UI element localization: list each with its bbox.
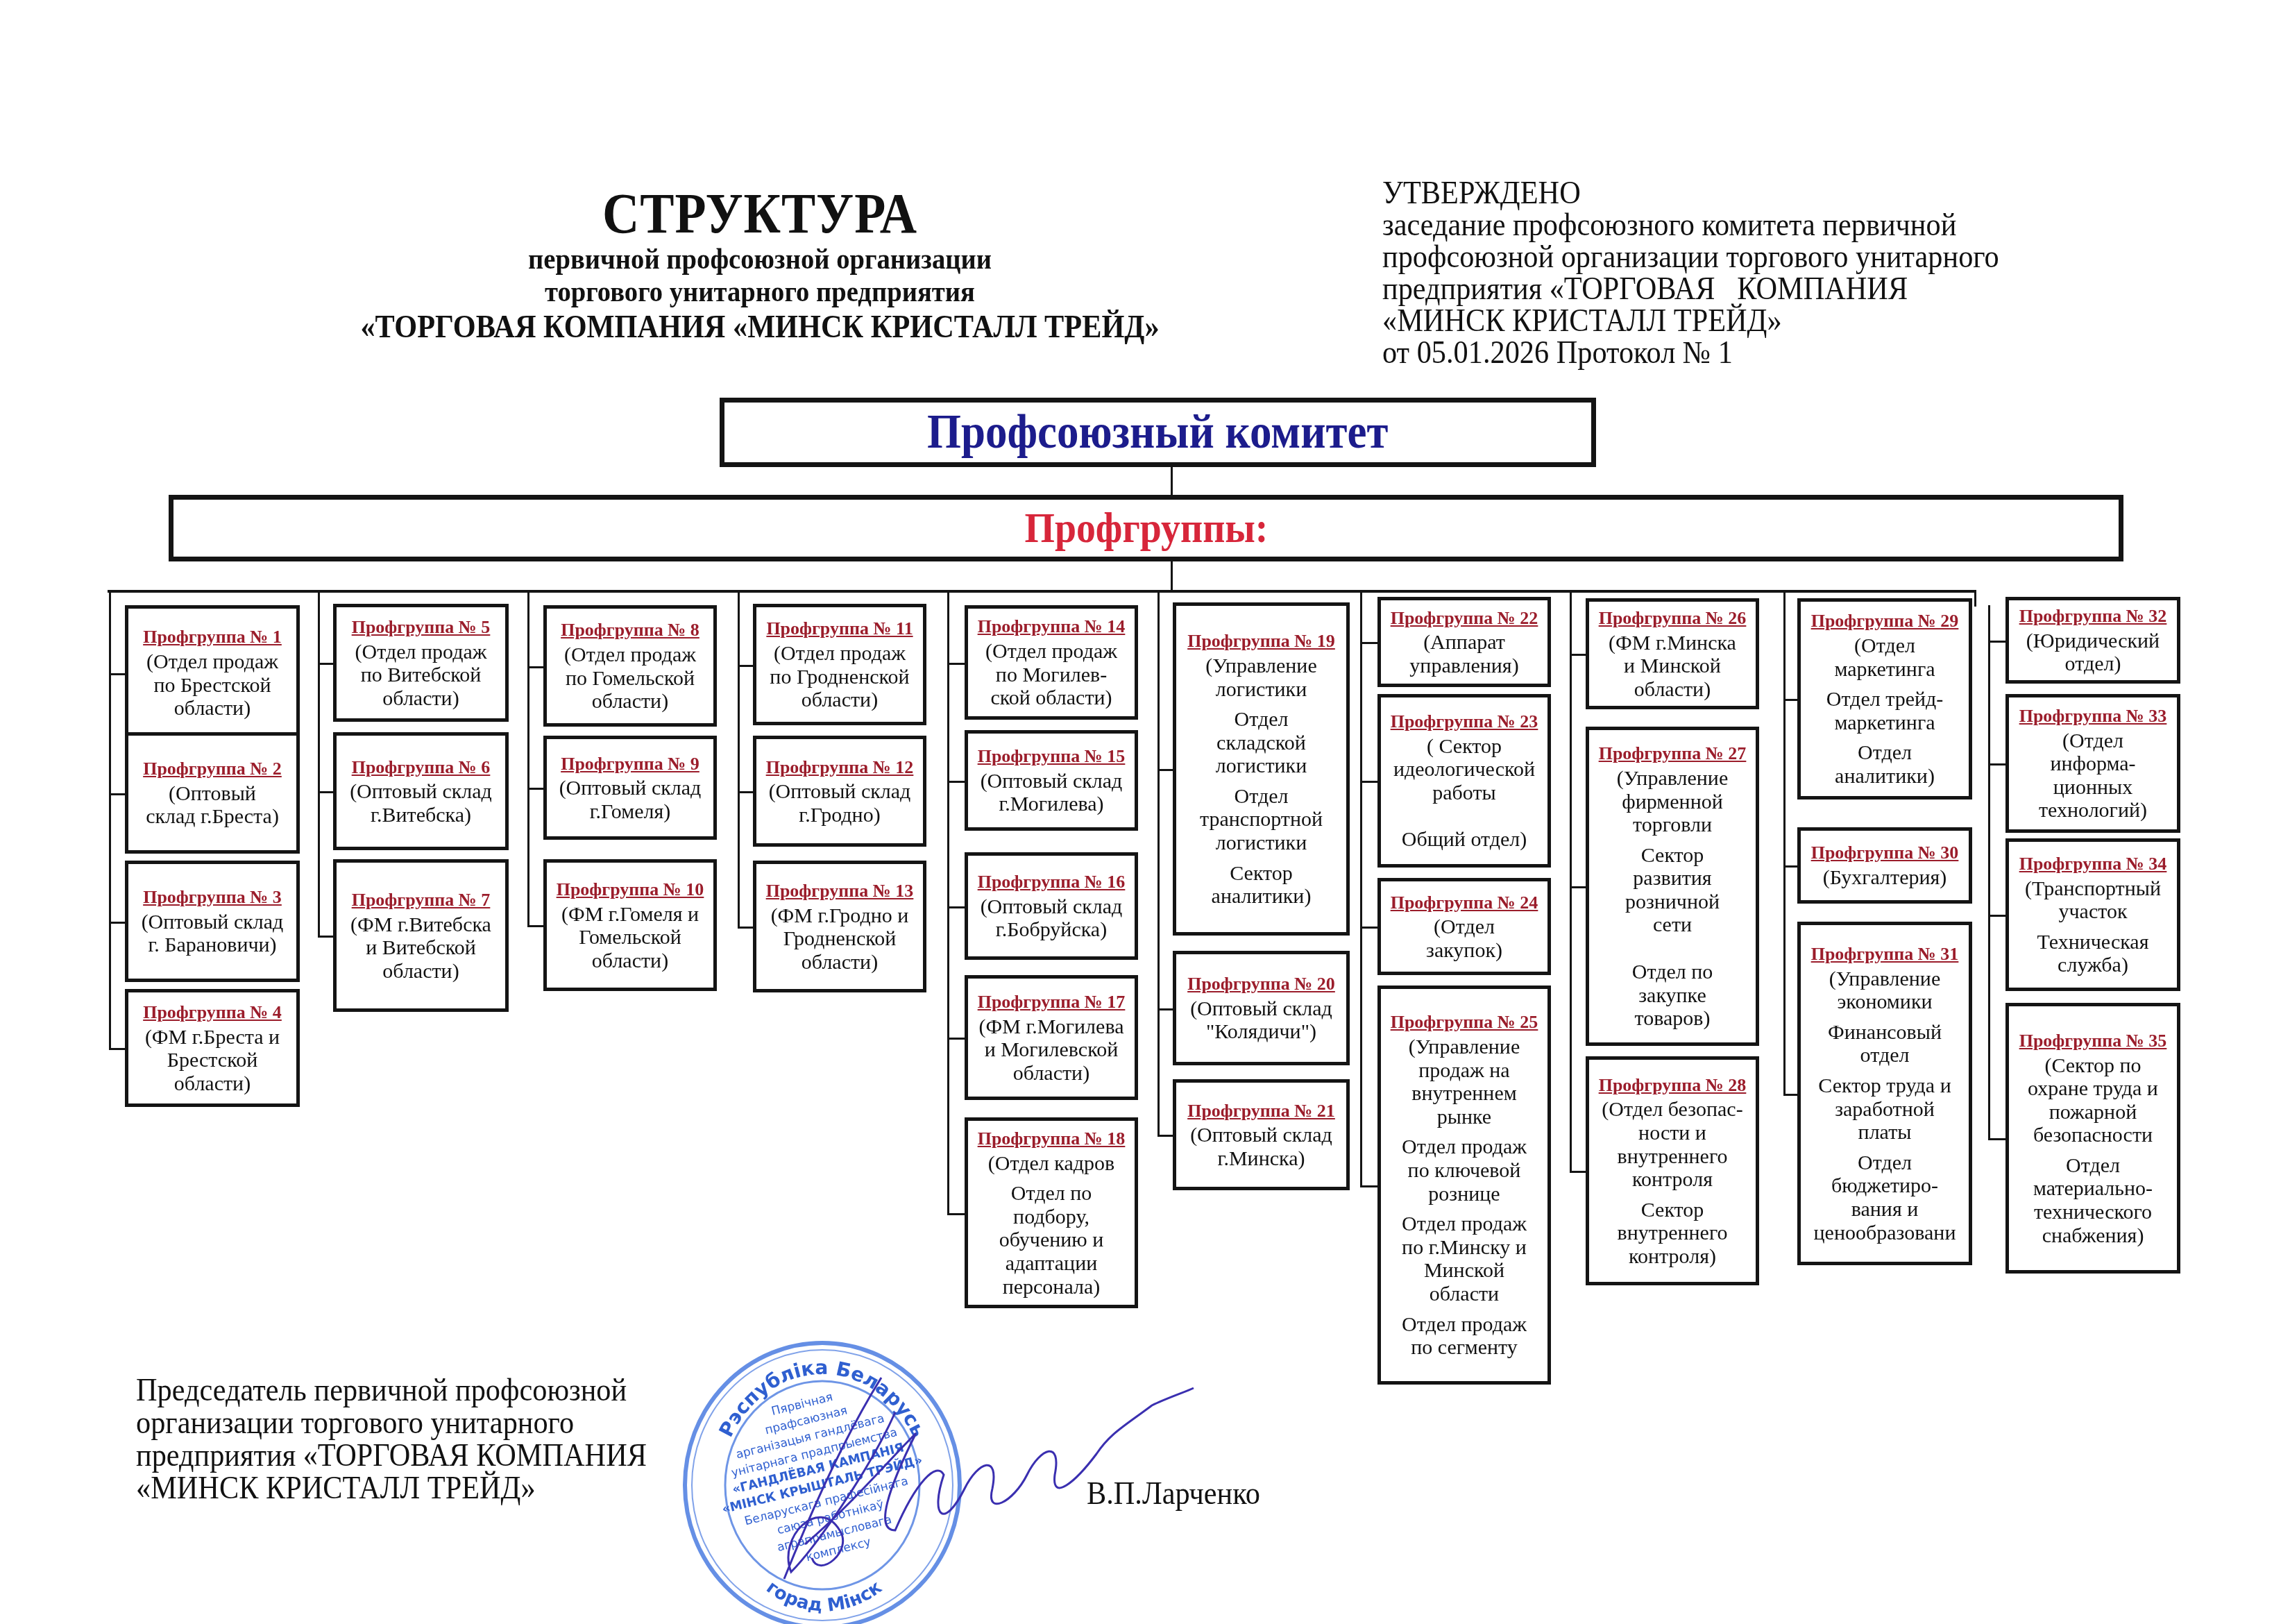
profgroup-department: (Оптовый складг.Витебска) [339, 780, 502, 827]
approval-line: от 05.01.2026 Протокол № 1 [1382, 337, 2180, 369]
profgroup-box: Профгруппа № 30(Бухгалтерия) [1797, 827, 1972, 904]
department-text: (Управление [1804, 967, 1966, 991]
profgroup-title: Профгруппа № 14 [971, 615, 1132, 638]
profgroup-title: Профгруппа № 21 [1179, 1099, 1343, 1123]
department-text: (Отдел безопас- [1592, 1098, 1753, 1122]
profgroups-header-label: Профгруппы: [1024, 504, 1268, 553]
box-connector-line [318, 663, 334, 665]
department-text: по Гомельской [550, 667, 711, 691]
profgroup-department: (Отдел безопас-ности ивнутреннегоконтрол… [1592, 1098, 1753, 1191]
profgroup-box: Профгруппа № 19(УправлениелогистикиОтдел… [1173, 602, 1350, 936]
department-text: технического [2012, 1201, 2174, 1224]
profgroup-title: Профгруппа № 28 [1592, 1074, 1753, 1097]
department-text: экономики [1804, 990, 1966, 1014]
distribution-bar [108, 590, 1974, 593]
department-text: вания и [1804, 1198, 1966, 1221]
connector-line [1171, 467, 1173, 495]
profgroup-box: Профгруппа № 16(Оптовый складг.Бобруйска… [965, 852, 1138, 960]
box-connector-line [947, 663, 966, 665]
profgroup-title: Профгруппа № 20 [1179, 972, 1343, 996]
profgroup-title: Профгруппа № 29 [1804, 609, 1966, 633]
box-connector-line [1988, 1138, 2007, 1140]
profgroup-department: Отделматериально-техническогоснабжения) [2012, 1154, 2174, 1247]
department-text: по Гродненской [759, 666, 920, 689]
profgroup-department: Техническаяслужба) [2012, 931, 2174, 977]
profgroup-department: Отдел поподбору,обучению иадаптацииперсо… [971, 1182, 1132, 1299]
profgroup-department: Отделаналитики) [1804, 741, 1966, 788]
profgroup-title: Профгруппа № 3 [131, 886, 294, 909]
department-text: г.Могилева) [971, 793, 1132, 816]
profgroup-title: Профгруппа № 9 [550, 752, 711, 776]
department-text: (Отдел продаж [550, 643, 711, 667]
department-text: Техническая [2012, 931, 2174, 954]
document-header: СТРУКТУРА первичной профсоюзной организа… [208, 184, 1312, 345]
department-text: Отдел [1179, 708, 1343, 731]
profgroup-department: (Управлениеэкономики [1804, 967, 1966, 1014]
profgroup-title: Профгруппа № 30 [1804, 841, 1966, 865]
department-text: и Могилевской [971, 1038, 1132, 1062]
department-text: области) [1592, 678, 1753, 702]
profgroup-department: Отдел продажпо ключевойрознице [1384, 1135, 1545, 1206]
profgroup-department: Отделтранспортнойлогистики [1179, 785, 1343, 855]
profgroup-department: (Оптовый складг.Могилева) [971, 770, 1132, 816]
department-text: ( Сектор [1384, 735, 1545, 759]
profgroup-box: Профгруппа № 25(Управлениепродаж навнутр… [1377, 986, 1551, 1385]
department-text: Сектор [1592, 844, 1753, 868]
profgroup-title: Профгруппа № 15 [971, 745, 1132, 768]
department-text: (ФМ г.Витебска [339, 913, 502, 937]
box-connector-line [738, 791, 754, 793]
approval-line: заседание профсоюзного комитета первично… [1382, 209, 2180, 241]
box-connector-line [527, 925, 545, 927]
department-text: маркетинга [1804, 658, 1966, 682]
department-text: розничной [1592, 890, 1753, 914]
department-text: внутреннем [1384, 1082, 1545, 1106]
department-text: г. Барановичи) [131, 933, 294, 957]
department-text: Сектор [1179, 862, 1343, 886]
department-text: Минской [1384, 1259, 1545, 1283]
department-text: товаров) [1592, 1007, 1753, 1031]
profgroup-department: Отдел продажпо сегменту [1384, 1313, 1545, 1360]
department-text: сети [1592, 913, 1753, 937]
department-text: ционных [2012, 776, 2174, 800]
position-line: «МИНСК КРИСТАЛЛ ТРЕЙД» [136, 1472, 647, 1505]
union-committee-label: Профсоюзный комитет [927, 405, 1388, 460]
profgroup-box: Профгруппа № 24(Отделзакупок) [1377, 878, 1551, 975]
department-text: (Оптовый склад [759, 780, 920, 804]
box-connector-line [109, 673, 126, 675]
profgroup-title: Профгруппа № 35 [2012, 1029, 2174, 1053]
department-text: снабжения) [2012, 1224, 2174, 1248]
box-connector-line [1360, 781, 1379, 783]
department-text: продаж на [1384, 1059, 1545, 1083]
department-text: Брестской [131, 1049, 294, 1072]
column-connector-line [109, 590, 111, 1048]
box-connector-line [1360, 1185, 1379, 1187]
department-text: ценообразовани [1804, 1221, 1966, 1245]
department-text: области) [339, 687, 502, 711]
box-connector-line [527, 666, 545, 668]
department-text: (Отдел продаж [339, 641, 502, 664]
profgroup-box: Профгруппа № 26(ФМ г.Минскаи Минскойобла… [1586, 598, 1759, 709]
department-text: внутреннего [1592, 1221, 1753, 1245]
profgroup-title: Профгруппа № 33 [2012, 704, 2174, 728]
department-text: (Отдел [2012, 729, 2174, 753]
department-text: заработной [1804, 1098, 1966, 1122]
box-connector-line [1157, 1008, 1174, 1010]
department-text: аналитики) [1179, 885, 1343, 908]
department-text: логистики [1179, 678, 1343, 702]
box-connector-line [318, 936, 334, 938]
profgroup-title: Профгруппа № 7 [339, 888, 502, 912]
box-connector-line [947, 906, 966, 908]
department-text: контроля) [1592, 1245, 1753, 1269]
profgroup-title: Профгруппа № 8 [550, 618, 711, 642]
box-connector-line [1988, 915, 2007, 917]
department-text: области) [759, 688, 920, 712]
profgroup-department: (Оптовый склад"Колядичи") [1179, 997, 1343, 1044]
profgroup-department: (Отдел продажпо Гомельскойобласти) [550, 643, 711, 713]
profgroup-department: (Управлениепродаж навнутреннемрынке [1384, 1035, 1545, 1128]
profgroup-title: Профгруппа № 26 [1592, 607, 1753, 630]
department-text: внутреннего [1592, 1145, 1753, 1169]
department-text: Общий отдел) [1384, 828, 1545, 852]
department-text: Отдел продаж [1384, 1135, 1545, 1159]
department-text: Гродненской [759, 927, 920, 951]
department-text: Отдел [2012, 1154, 2174, 1178]
chairman-position: Председатель первичной профсоюзной орган… [136, 1374, 647, 1505]
box-connector-line [109, 793, 126, 795]
column-connector-line [1974, 590, 1976, 607]
profgroup-title: Профгруппа № 34 [2012, 852, 2174, 876]
profgroup-title: Профгруппа № 19 [1179, 629, 1343, 653]
profgroup-department: Сектор труда изаработнойплаты [1804, 1074, 1966, 1144]
department-text: (Оптовый склад [1179, 997, 1343, 1021]
department-text: (Оптовый склад [131, 911, 294, 934]
department-text: (Отдел кадров [971, 1152, 1132, 1176]
box-connector-line [738, 927, 754, 929]
department-text: (Сектор по [2012, 1054, 2174, 1078]
department-text: участок [2012, 900, 2174, 924]
profgroup-department: (Оптовый складг.Гродно) [759, 780, 920, 827]
profgroup-box: Профгруппа № 35(Сектор поохране труда ип… [2005, 1003, 2180, 1274]
department-text: Отдел продаж [1384, 1313, 1545, 1337]
profgroup-box: Профгруппа № 2(Оптовыйсклад г.Бреста) [125, 732, 300, 854]
department-text: пожарной [2012, 1101, 2174, 1124]
department-text: области) [550, 949, 711, 973]
box-connector-line [1570, 886, 1587, 888]
profgroup-title: Профгруппа № 31 [1804, 942, 1966, 966]
department-text: Сектор труда и [1804, 1074, 1966, 1098]
profgroup-title: Профгруппа № 18 [971, 1127, 1132, 1151]
department-text: отдел) [2012, 652, 2174, 676]
department-text: охране труда и [2012, 1077, 2174, 1101]
approval-line: «МИНСК КРИСТАЛЛ ТРЕЙД» [1382, 305, 2180, 337]
approval-line: предприятия «ТОРГОВАЯ КОМПАНИЯ [1382, 273, 2180, 305]
department-text: области) [131, 697, 294, 720]
profgroup-department: (Отдел кадров [971, 1152, 1132, 1176]
department-text: и Витебской [339, 936, 502, 960]
box-connector-line [738, 665, 754, 667]
profgroup-title: Профгруппа № 5 [339, 616, 502, 639]
department-text: Отдел [1179, 785, 1343, 809]
department-text: (Аппарат [1384, 631, 1545, 654]
profgroup-department: ( Секторидеологическойработы [1384, 735, 1545, 805]
department-text: закупке [1592, 984, 1753, 1008]
profgroup-title: Профгруппа № 13 [759, 879, 920, 903]
department-text: области [1384, 1283, 1545, 1306]
department-text: (Бухгалтерия) [1804, 866, 1966, 890]
department-text: Отдел [1804, 741, 1966, 765]
department-text: Финансовый [1804, 1021, 1966, 1044]
profgroup-department: (Отделинформа-ционныхтехнологий) [2012, 729, 2174, 822]
department-text: (Отдел продаж [131, 650, 294, 674]
profgroup-department: (Сектор поохране труда ипожарнойбезопасн… [2012, 1054, 2174, 1147]
column-connector-line [1157, 590, 1160, 1135]
department-text: по сегменту [1384, 1336, 1545, 1360]
profgroup-department: (ФМ г.Бреста иБрестскойобласти) [131, 1026, 294, 1096]
department-text: ности и [1592, 1122, 1753, 1145]
department-text: по Витебской [339, 663, 502, 687]
department-text: области) [339, 960, 502, 983]
profgroup-department: (Отдел продажпо Гродненскойобласти) [759, 642, 920, 712]
department-text: Сектор [1592, 1199, 1753, 1222]
box-connector-line [1570, 1171, 1587, 1173]
department-text: (Оптовый склад [1179, 1124, 1343, 1147]
box-connector-line [1570, 654, 1587, 656]
column-connector-line [1783, 590, 1786, 1094]
profgroup-department: Отдел позакупкетоваров) [1592, 961, 1753, 1031]
department-text: аналитики) [1804, 765, 1966, 788]
profgroup-department: (Оптовый складг.Гомеля) [550, 777, 711, 823]
connector-line [1171, 561, 1173, 591]
profgroup-box: Профгруппа № 22(Аппаратуправления) [1377, 597, 1551, 687]
profgroup-box: Профгруппа № 23( Секторидеологическойраб… [1377, 694, 1551, 868]
department-text: безопасности [2012, 1124, 2174, 1147]
profgroup-title: Профгруппа № 6 [339, 756, 502, 779]
department-text: (ФМ г.Гомеля и [550, 903, 711, 927]
box-connector-line [1360, 927, 1379, 929]
profgroup-box: Профгруппа № 3(Оптовый складг. Баранович… [125, 861, 300, 982]
department-text: персонала) [971, 1276, 1132, 1299]
document-subtitle-line-1: первичной профсоюзной организации [253, 244, 1268, 276]
department-text: по ключевой [1384, 1159, 1545, 1183]
profgroup-department: (ФМ г.Минскаи Минскойобласти) [1592, 632, 1753, 702]
box-connector-line [947, 1213, 966, 1215]
profgroup-title: Профгруппа № 25 [1384, 1010, 1545, 1034]
department-text: контроля [1592, 1168, 1753, 1192]
profgroup-department: (Транспортныйучасток [2012, 877, 2174, 924]
profgroup-department: (Отдел продажпо Брестскойобласти) [131, 650, 294, 720]
profgroup-box: Профгруппа № 28(Отдел безопас-ности ивну… [1586, 1056, 1759, 1285]
profgroup-department: Общий отдел) [1384, 828, 1545, 852]
department-text: (Оптовый [131, 782, 294, 806]
department-text: (Управление [1179, 654, 1343, 678]
box-connector-line [947, 781, 966, 783]
department-text: обучению и [971, 1228, 1132, 1252]
department-text: маркетинга [1804, 711, 1966, 735]
box-connector-line [1783, 865, 1799, 868]
department-text: Отдел трейд- [1804, 688, 1966, 711]
approval-block: УТВЕРЖДЕНО заседание профсоюзного комите… [1382, 177, 2180, 369]
box-connector-line [109, 922, 126, 924]
profgroup-department: (Отделзакупок) [1384, 915, 1545, 962]
profgroup-title: Профгруппа № 32 [2012, 604, 2174, 628]
box-connector-line [527, 788, 545, 790]
department-text: (ФМ г.Минска [1592, 632, 1753, 655]
profgroup-department: (ФМ г.Гродно иГродненскойобласти) [759, 904, 920, 974]
department-text: (Транспортный [2012, 877, 2174, 901]
profgroup-box: Профгруппа № 7(ФМ г.Витебскаи Витебскойо… [333, 859, 509, 1012]
profgroup-department: (Оптовыйсклад г.Бреста) [131, 782, 294, 829]
profgroup-title: Профгруппа № 16 [971, 870, 1132, 894]
department-text: (ФМ г.Могилева [971, 1015, 1132, 1039]
box-connector-line [1988, 641, 2007, 643]
profgroup-department: (Управлениефирменнойторговли [1592, 767, 1753, 837]
profgroup-box: Профгруппа № 31(УправлениеэкономикиФинан… [1797, 922, 1972, 1265]
profgroup-box: Профгруппа № 1(Отдел продажпо Брестскойо… [125, 605, 300, 741]
box-connector-line [1360, 642, 1379, 644]
department-text: по г.Минску и [1384, 1236, 1545, 1260]
column-connector-line [947, 590, 949, 1213]
profgroup-department: (Оптовый складг.Минска) [1179, 1124, 1343, 1170]
column-connector-line [318, 590, 320, 936]
department-text: г.Гродно) [759, 804, 920, 827]
department-text: (Отдел [1804, 634, 1966, 658]
document-subtitle-line-2: торгового унитарного предприятия [253, 276, 1268, 309]
signature-icon [708, 1371, 1207, 1593]
department-text: идеологической [1384, 758, 1545, 781]
department-text: складской [1179, 731, 1343, 755]
department-text: (Оптовый склад [550, 777, 711, 800]
profgroup-department: (Оптовый складг.Бобруйска) [971, 895, 1132, 942]
profgroup-title: Профгруппа № 12 [759, 756, 920, 779]
department-text: "Колядичи") [1179, 1020, 1343, 1044]
profgroup-department: (ФМ г.Могилеваи Могилевскойобласти) [971, 1015, 1132, 1085]
box-connector-line [318, 791, 334, 793]
profgroups-header-box: Профгруппы: [169, 495, 2123, 561]
department-text: (ФМ г.Гродно и [759, 904, 920, 928]
profgroup-department: Отдел продажпо г.Минску иМинскойобласти [1384, 1212, 1545, 1305]
department-text: технологий) [2012, 799, 2174, 822]
profgroup-title: Профгруппа № 17 [971, 990, 1132, 1014]
profgroup-title: Профгруппа № 23 [1384, 710, 1545, 734]
profgroup-box: Профгруппа № 8(Отдел продажпо Гомельской… [543, 605, 717, 727]
department-text: рознице [1384, 1183, 1545, 1206]
department-text: управления) [1384, 654, 1545, 678]
profgroup-box: Профгруппа № 18(Отдел кадровОтдел поподб… [965, 1117, 1138, 1308]
profgroup-box: Профгруппа № 33(Отделинформа-ционныхтехн… [2005, 694, 2180, 833]
profgroup-box: Профгруппа № 10(ФМ г.Гомеля иГомельскойо… [543, 859, 717, 991]
profgroup-department: (Юридическийотдел) [2012, 629, 2174, 676]
approval-line: профсоюзной организации торгового унитар… [1382, 241, 2180, 273]
box-connector-line [1157, 1135, 1174, 1137]
profgroup-department: (Отделмаркетинга [1804, 634, 1966, 681]
profgroup-department: Сектораналитики) [1179, 862, 1343, 908]
profgroup-department: (Отдел продажпо Витебскойобласти) [339, 641, 502, 711]
position-line: предприятия «ТОРГОВАЯ КОМПАНИЯ [136, 1439, 647, 1472]
union-committee-box: Профсоюзный комитет [720, 398, 1596, 467]
profgroup-box: Профгруппа № 11(Отдел продажпо Гродненск… [753, 604, 926, 725]
profgroup-box: Профгруппа № 9(Оптовый складг.Гомеля) [543, 736, 717, 840]
column-connector-line [1570, 590, 1572, 1171]
department-text: развития [1592, 867, 1753, 890]
profgroup-box: Профгруппа № 20(Оптовый склад"Колядичи") [1173, 951, 1350, 1065]
profgroup-title: Профгруппа № 27 [1592, 742, 1753, 766]
department-text: (ФМ г.Бреста и [131, 1026, 294, 1049]
profgroup-department: Отдел трейд-маркетинга [1804, 688, 1966, 734]
profgroup-department: (Управлениелогистики [1179, 654, 1343, 701]
department-text: (Управление [1592, 767, 1753, 790]
profgroup-box: Профгруппа № 29(ОтделмаркетингаОтдел тре… [1797, 598, 1972, 800]
box-connector-line [1157, 769, 1174, 771]
profgroup-title: Профгруппа № 22 [1384, 607, 1545, 630]
department-text: Отдел [1804, 1151, 1966, 1175]
department-text: информа- [2012, 752, 2174, 776]
department-text: торговли [1592, 813, 1753, 837]
department-text: Отдел продаж [1384, 1212, 1545, 1236]
position-line: Председатель первичной профсоюзной [136, 1374, 647, 1407]
profgroup-department: Отделскладскойлогистики [1179, 708, 1343, 778]
profgroup-department: Финансовыйотдел [1804, 1021, 1966, 1067]
department-text: материально- [2012, 1177, 2174, 1201]
department-text: по Брестской [131, 674, 294, 697]
box-connector-line [1783, 1094, 1799, 1096]
department-text: транспортной [1179, 808, 1343, 831]
profgroup-department: (Отдел продажпо Могилев-ской области) [971, 640, 1132, 710]
profgroup-box: Профгруппа № 27(Управлениефирменнойторго… [1586, 727, 1759, 1046]
department-text: (Отдел [1384, 915, 1545, 939]
department-text: и Минской [1592, 654, 1753, 678]
profgroup-box: Профгруппа № 14(Отдел продажпо Могилев-с… [965, 605, 1138, 720]
department-text: (Оптовый склад [971, 770, 1132, 793]
department-text: ской области) [971, 686, 1132, 710]
profgroup-box: Профгруппа № 5(Отдел продажпо Витебскойо… [333, 604, 509, 722]
profgroup-box: Профгруппа № 21(Оптовый складг.Минска) [1173, 1079, 1350, 1190]
department-text: области) [131, 1072, 294, 1096]
profgroup-box: Профгруппа № 32(Юридическийотдел) [2005, 597, 2180, 684]
department-text: закупок) [1384, 939, 1545, 963]
profgroup-department: Секторразвитиярозничнойсети [1592, 844, 1753, 937]
profgroup-department: Отделбюджетиро-вания иценообразовани [1804, 1151, 1966, 1244]
profgroup-box: Профгруппа № 6(Оптовый складг.Витебска) [333, 732, 509, 850]
column-connector-line [527, 590, 529, 925]
department-text: области) [971, 1062, 1132, 1085]
department-text: склад г.Бреста) [131, 805, 294, 829]
department-text: г.Гомеля) [550, 800, 711, 824]
profgroup-box: Профгруппа № 15(Оптовый складг.Могилева) [965, 730, 1138, 831]
profgroup-department: (Аппаратуправления) [1384, 631, 1545, 677]
department-text: логистики [1179, 831, 1343, 855]
profgroup-box: Профгруппа № 4(ФМ г.Бреста иБрестскойобл… [125, 989, 300, 1107]
department-text: работы [1384, 781, 1545, 805]
profgroup-department: Секторвнутреннегоконтроля) [1592, 1199, 1753, 1269]
document-subtitle-line-3: «ТОРГОВАЯ КОМПАНИЯ «МИНСК КРИСТАЛЛ ТРЕЙД… [253, 309, 1268, 345]
profgroup-department: (ФМ г.Гомеля иГомельскойобласти) [550, 903, 711, 973]
department-text: (Отдел продаж [759, 642, 920, 666]
department-text: служба) [2012, 954, 2174, 977]
department-text: Отдел по [1592, 961, 1753, 984]
column-connector-line [738, 590, 740, 927]
department-text: отдел [1804, 1044, 1966, 1067]
department-text: фирменной [1592, 790, 1753, 814]
box-connector-line [1988, 763, 2007, 766]
approval-line: УТВЕРЖДЕНО [1382, 177, 2180, 209]
department-text: платы [1804, 1121, 1966, 1144]
profgroup-title: Профгруппа № 2 [131, 757, 294, 781]
department-text: логистики [1179, 754, 1343, 778]
profgroup-department: (ФМ г.Витебскаи Витебскойобласти) [339, 913, 502, 983]
